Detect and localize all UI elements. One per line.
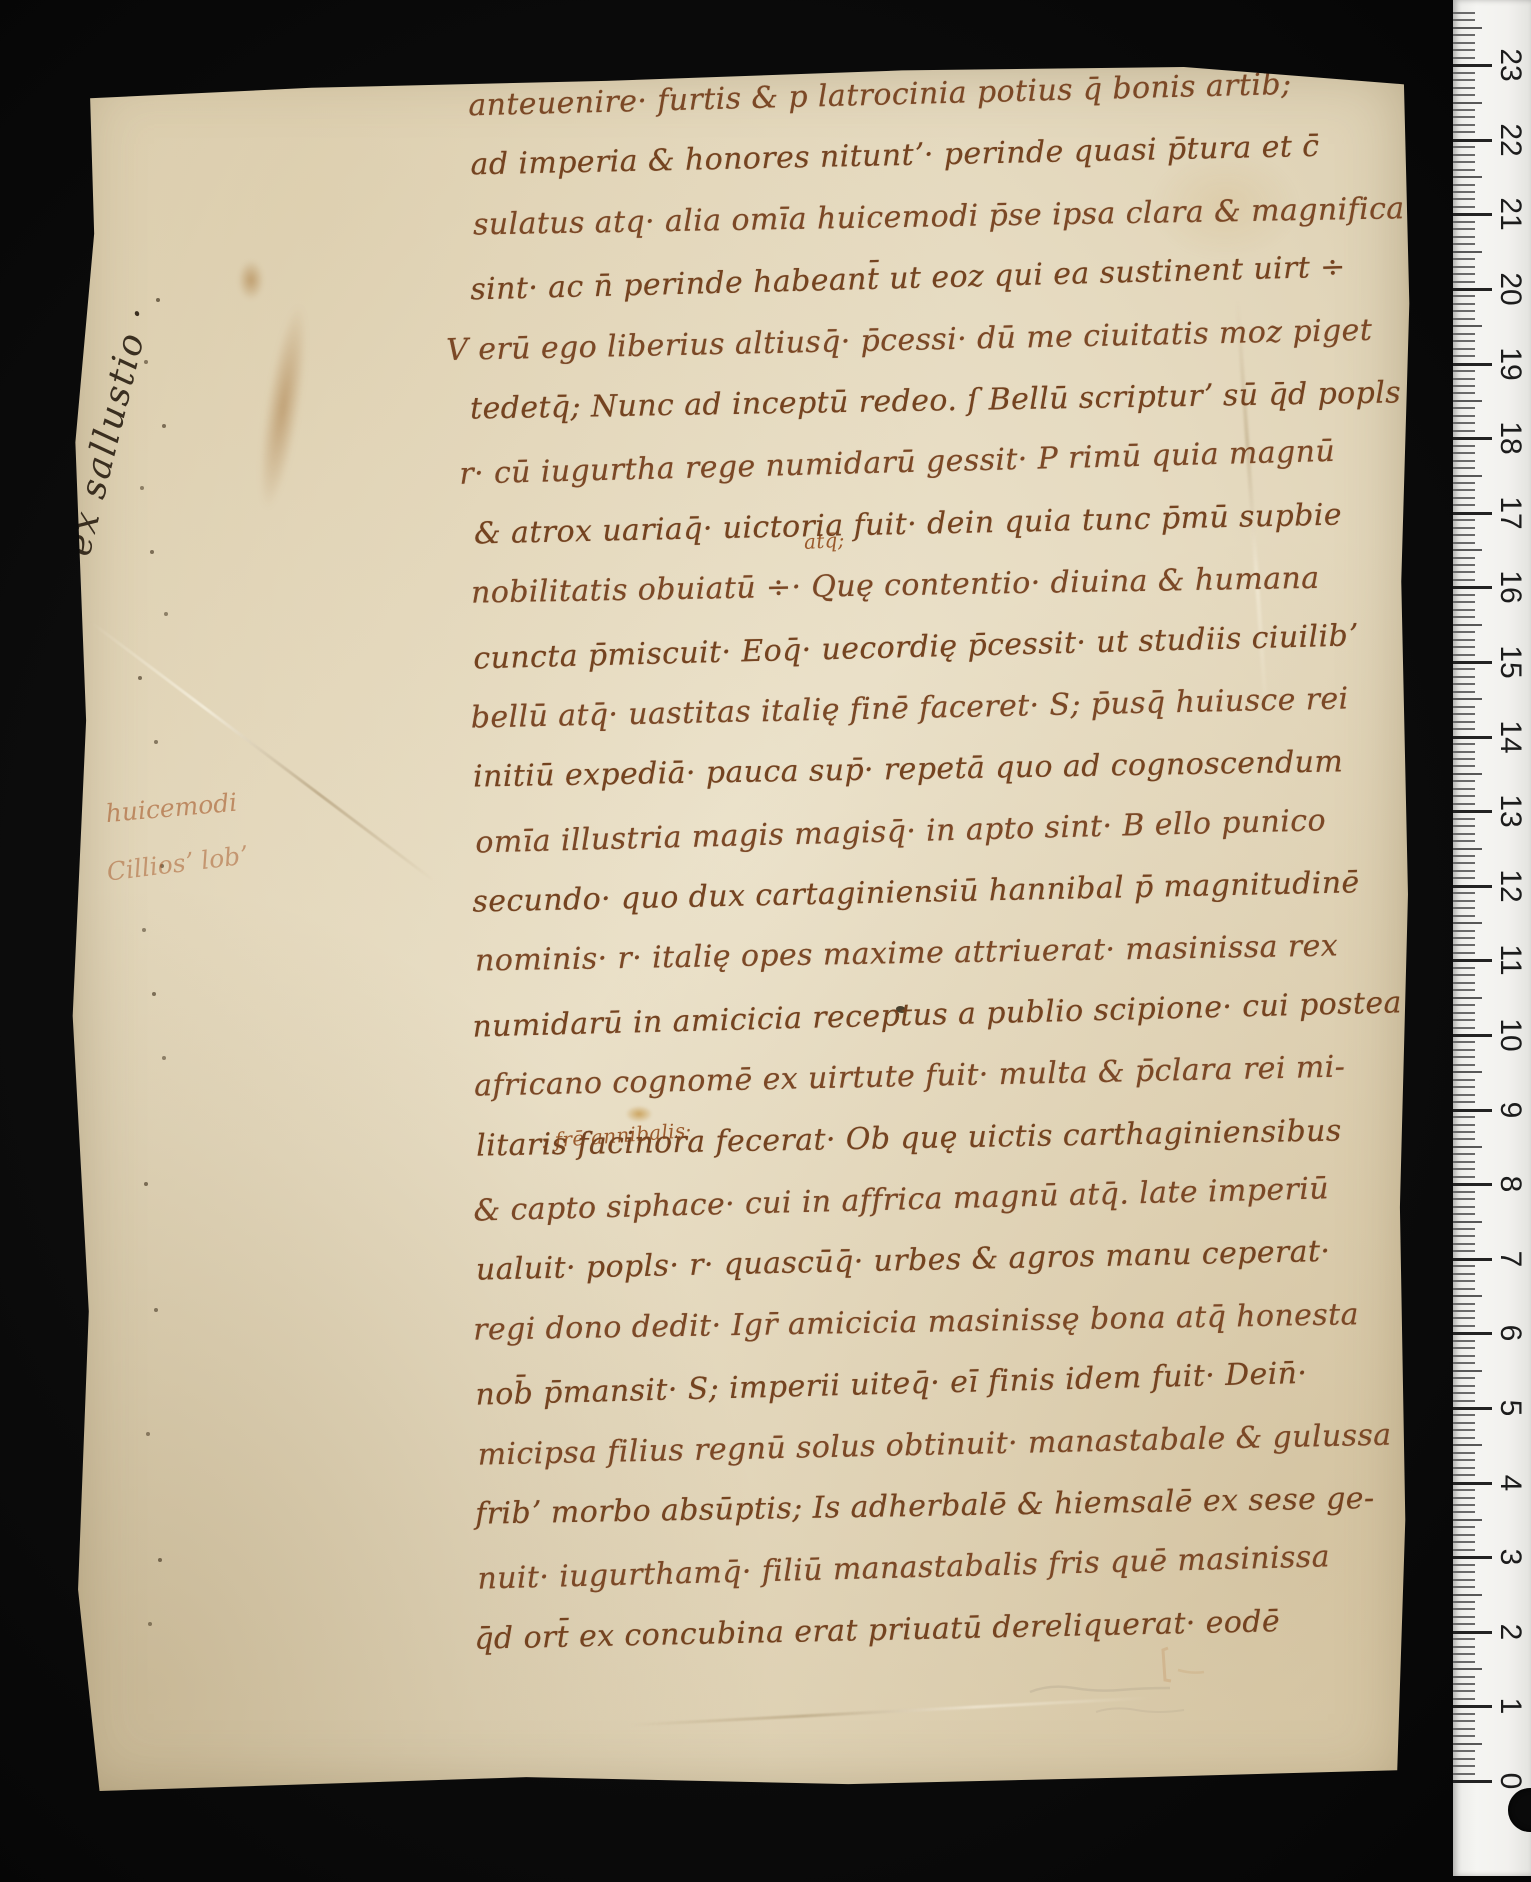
ruler-number: 14	[1493, 720, 1527, 754]
ruler-mm-tick	[1453, 601, 1475, 603]
ruler-number: 12	[1493, 869, 1527, 903]
ruler-mm-tick	[1453, 355, 1475, 357]
ruler-mm-tick	[1453, 751, 1475, 753]
ruler-number: 13	[1493, 794, 1527, 828]
ruler-mm-tick	[1453, 57, 1475, 59]
ruler-mm-tick	[1453, 519, 1475, 521]
ruler-mm-tick	[1453, 1198, 1475, 1200]
ruler-mm-tick	[1453, 1579, 1475, 1581]
ruler-mm-tick	[1453, 295, 1475, 297]
ruler-mm-tick	[1453, 862, 1475, 864]
ruler-mm-tick	[1453, 370, 1475, 372]
ruler-mm-tick	[1453, 228, 1475, 230]
ruler-mm-tick	[1453, 967, 1475, 969]
ruler-number: 1	[1493, 1689, 1527, 1723]
ruler-mm-tick	[1453, 169, 1475, 171]
ruler-mm-tick	[1453, 1676, 1475, 1678]
ruler-mm-tick	[1453, 616, 1475, 618]
ruler-mm-tick	[1453, 251, 1482, 253]
ruler-mm-tick	[1453, 728, 1475, 730]
ruler-mm-tick	[1453, 176, 1482, 178]
ruler-mm-tick	[1453, 564, 1475, 566]
ruler-mm-tick	[1453, 184, 1475, 186]
ruler-number: 6	[1493, 1316, 1527, 1350]
ruler-mm-tick	[1453, 1056, 1475, 1058]
ruler-mm-tick	[1453, 42, 1475, 44]
ruler-cm-tick	[1453, 1258, 1492, 1261]
ruler-number: 4	[1493, 1466, 1527, 1500]
ruler-mm-tick	[1453, 848, 1482, 850]
ruler-mm-tick	[1453, 1124, 1475, 1126]
ruler-mm-tick	[1453, 1206, 1475, 1208]
ruler-mm-tick	[1453, 780, 1475, 782]
ruler-mm-tick	[1453, 467, 1475, 469]
ruler-mm-tick	[1453, 1429, 1475, 1431]
ruler-mm-tick	[1453, 1265, 1475, 1267]
ruler-mm-tick	[1453, 1370, 1482, 1372]
ruler-cm-tick	[1453, 1332, 1492, 1335]
margin-attribution-note: ex sallustio ·	[58, 301, 160, 560]
ruler-mm-tick	[1453, 1064, 1475, 1066]
ruler-cm-tick	[1453, 1034, 1492, 1037]
ruler-number: 18	[1493, 421, 1527, 455]
ruler-mm-tick	[1453, 422, 1475, 424]
ruler-mm-tick	[1453, 482, 1475, 484]
ruler-mm-tick	[1453, 1690, 1475, 1692]
ruler-mm-tick	[1453, 497, 1475, 499]
ruler-mm-tick	[1453, 1131, 1475, 1133]
ruler-mm-tick	[1453, 1623, 1475, 1625]
ruler-mm-tick	[1453, 161, 1475, 163]
ruler-mm-tick	[1453, 1362, 1475, 1364]
ruler-mm-tick	[1453, 236, 1475, 238]
ruler-mm-tick	[1453, 974, 1475, 976]
ruler-mm-tick	[1453, 765, 1475, 767]
ruler-mm-tick	[1453, 1303, 1475, 1305]
ruler-mm-tick	[1453, 1377, 1475, 1379]
ruler-mm-tick	[1453, 542, 1475, 544]
ruler-number: 11	[1493, 943, 1527, 977]
ruler-number: 15	[1493, 645, 1527, 679]
ruler-mm-tick	[1453, 445, 1475, 447]
ruler-mm-tick	[1453, 1713, 1475, 1715]
main-text-block: atq̄; : frē annibalis· anteuenire· furti…	[398, 67, 1393, 1684]
ruler-mm-tick	[1453, 504, 1475, 506]
ruler-number: 17	[1493, 496, 1527, 530]
ruler-mm-tick	[1453, 1221, 1482, 1223]
ruler-mm-tick	[1453, 1235, 1475, 1237]
ruler-mm-tick	[1453, 1094, 1475, 1096]
ruler-mm-tick	[1453, 1317, 1475, 1319]
ruler-mm-tick	[1453, 1743, 1482, 1745]
ruler-cm-tick	[1453, 885, 1492, 888]
ruler-cm-tick	[1453, 736, 1492, 739]
ruler-cm-tick	[1453, 810, 1492, 813]
ruler-cm-tick	[1453, 213, 1492, 216]
ruler-mm-tick	[1453, 1646, 1475, 1648]
ruler-mm-tick	[1453, 102, 1482, 104]
ruler-mm-tick	[1453, 243, 1475, 245]
ruler-mm-tick	[1453, 1758, 1475, 1760]
ruler-mm-tick	[1453, 1146, 1482, 1148]
ruler-mm-tick	[1453, 79, 1475, 81]
ruler-mm-tick	[1453, 1168, 1475, 1170]
ruler-mm-tick	[1453, 877, 1475, 879]
ruler-cm-tick	[1453, 1556, 1492, 1559]
ruler-mm-tick	[1453, 683, 1475, 685]
ruler-mm-tick	[1453, 706, 1475, 708]
ruler-mm-tick	[1453, 1071, 1482, 1073]
ruler-mm-tick	[1453, 1638, 1475, 1640]
ruler-number: 22	[1493, 123, 1527, 157]
ruler-mm-tick	[1453, 534, 1475, 536]
ruler-mm-tick	[1453, 348, 1475, 350]
ruler-mm-tick	[1453, 1474, 1475, 1476]
ruler-mm-tick	[1453, 594, 1475, 596]
ruler-mm-tick	[1453, 1325, 1475, 1327]
ruler-number: 16	[1493, 570, 1527, 604]
ruler-mm-tick	[1453, 1698, 1475, 1700]
ruler-mm-tick	[1453, 1176, 1475, 1178]
ruler-mm-tick	[1453, 1422, 1475, 1424]
ruler-number: 9	[1493, 1093, 1527, 1127]
ruler-mm-tick	[1453, 549, 1482, 551]
ruler-mm-tick	[1453, 12, 1475, 14]
ruler-mm-tick	[1453, 825, 1475, 827]
ruler-mm-tick	[1453, 1138, 1475, 1140]
ruler-mm-tick	[1453, 1101, 1475, 1103]
ruler-mm-tick	[1453, 1414, 1475, 1416]
ruler-cm-tick	[1453, 363, 1492, 366]
ruler-mm-tick	[1453, 303, 1475, 305]
ruler-mm-tick	[1453, 743, 1475, 745]
ruler-cm-tick	[1453, 661, 1492, 664]
ruler-mm-tick	[1453, 221, 1475, 223]
ruler-mm-tick	[1453, 1601, 1475, 1603]
ruler-mm-tick	[1453, 1400, 1475, 1402]
ruler-mm-tick	[1453, 452, 1475, 454]
ruler-mm-tick	[1453, 1444, 1482, 1446]
ruler-number: 23	[1493, 48, 1527, 82]
ruler-mm-tick	[1453, 131, 1475, 133]
ruler-mm-tick	[1453, 1668, 1482, 1670]
ruler-mm-tick	[1453, 713, 1475, 715]
ruler-mm-tick	[1453, 1511, 1475, 1513]
ruler-mm-tick	[1453, 325, 1482, 327]
ruler-mm-tick	[1453, 676, 1475, 678]
ruler-mm-tick	[1453, 788, 1475, 790]
ruler-mm-tick	[1453, 668, 1475, 670]
ruler-mm-tick	[1453, 1385, 1475, 1387]
ruler-mm-tick	[1453, 392, 1475, 394]
ruler-mm-tick	[1453, 1228, 1475, 1230]
ruler-mm-tick	[1453, 1653, 1475, 1655]
ruler-cm-tick	[1453, 139, 1492, 142]
ruler-mm-tick	[1453, 654, 1475, 656]
ruler-number: 3	[1493, 1540, 1527, 1574]
ruler-mm-tick	[1453, 840, 1475, 842]
ruler-mm-tick	[1453, 191, 1475, 193]
ruler-mm-tick	[1453, 1661, 1475, 1663]
ruler-mm-tick	[1453, 407, 1475, 409]
ruler-mm-tick	[1453, 49, 1475, 51]
ruler-mm-tick	[1453, 1437, 1475, 1439]
ruler-number: 10	[1493, 1018, 1527, 1052]
ruler-mm-tick	[1453, 94, 1475, 96]
ruler-mm-tick	[1453, 385, 1475, 387]
faint-erased-annotation	[1000, 1640, 1240, 1730]
ruler-mm-tick	[1453, 109, 1475, 111]
ruler-cm-tick	[1453, 1631, 1492, 1634]
ruler-mm-tick	[1453, 460, 1475, 462]
ruler-cm-tick	[1453, 1183, 1492, 1186]
ruler-mm-tick	[1453, 1594, 1482, 1596]
ruler-mm-tick	[1453, 1586, 1475, 1588]
ruler-mm-tick	[1453, 721, 1475, 723]
ruler-mm-tick	[1453, 527, 1475, 529]
ruler-mm-tick	[1453, 1280, 1475, 1282]
ruler-mm-tick	[1453, 1497, 1475, 1499]
ruler-mm-tick	[1453, 1288, 1475, 1290]
ruler-mm-tick	[1453, 639, 1475, 641]
ruler-mm-tick	[1453, 1459, 1475, 1461]
ruler-mm-tick	[1453, 1735, 1475, 1737]
ruler-mm-tick	[1453, 646, 1475, 648]
ruler-mm-tick	[1453, 557, 1475, 559]
ruler-mm-tick	[1453, 1534, 1475, 1536]
ruler-mm-tick	[1453, 1765, 1475, 1767]
ruler-mm-tick	[1453, 116, 1475, 118]
ruler-mm-tick	[1453, 266, 1475, 268]
ruler-mm-tick	[1453, 475, 1482, 477]
ruler-mm-tick	[1453, 1019, 1475, 1021]
ruler-number: 5	[1493, 1391, 1527, 1425]
ruler-mm-tick	[1453, 333, 1475, 335]
ruler-cm-tick	[1453, 1109, 1492, 1112]
ruler-mm-tick	[1453, 609, 1475, 611]
photo-stage: ex sallustio · huicemodi Cilliosʼ lobʼ a…	[0, 0, 1531, 1882]
ruler-mm-tick	[1453, 1004, 1475, 1006]
ruler-number: 21	[1493, 197, 1527, 231]
ruler-mm-tick	[1453, 1564, 1475, 1566]
ruler-cm-tick	[1453, 586, 1492, 589]
ruler-mm-tick	[1453, 818, 1475, 820]
ruler-mm-tick	[1453, 907, 1475, 909]
ruler-number: 20	[1493, 272, 1527, 306]
ruler-mm-tick	[1453, 795, 1475, 797]
ruler-mm-tick	[1453, 803, 1475, 805]
ruler-mm-tick	[1453, 982, 1475, 984]
ruler-mm-tick	[1453, 489, 1475, 491]
ruler-mm-tick	[1453, 1608, 1475, 1610]
ruler-mm-tick	[1453, 1041, 1475, 1043]
ruler-mm-tick	[1453, 340, 1475, 342]
ruler: 01234567891011121314151617181920212223	[1453, 0, 1531, 1876]
ruler-cm-tick	[1453, 288, 1492, 291]
ruler-mm-tick	[1453, 154, 1475, 156]
ruler-mm-tick	[1453, 571, 1475, 573]
ruler-mm-tick	[1453, 72, 1475, 74]
ruler-mm-tick	[1453, 1452, 1475, 1454]
ruler-cm-tick	[1453, 1780, 1492, 1783]
ruler-mm-tick	[1453, 691, 1475, 693]
ruler-mm-tick	[1453, 930, 1475, 932]
ruler-mm-tick	[1453, 1467, 1475, 1469]
ruler-mm-tick	[1453, 1392, 1475, 1394]
ruler-number: 8	[1493, 1167, 1527, 1201]
ruler-mm-tick	[1453, 855, 1475, 857]
ruler-mm-tick	[1453, 1541, 1475, 1543]
ruler-mm-tick	[1453, 310, 1475, 312]
ruler-cm-tick	[1453, 512, 1492, 515]
ruler-cm-tick	[1453, 1482, 1492, 1485]
ruler-cm-tick	[1453, 1407, 1492, 1410]
ruler-mm-tick	[1453, 415, 1475, 417]
ruler-mm-tick	[1453, 773, 1482, 775]
ruler-cm-tick	[1453, 64, 1492, 67]
ruler-mm-tick	[1453, 892, 1475, 894]
ruler-mm-tick	[1453, 1116, 1475, 1118]
ruler-mm-tick	[1453, 1243, 1475, 1245]
ruler-mm-tick	[1453, 758, 1475, 760]
ruler-mm-tick	[1453, 997, 1482, 999]
ruler-mm-tick	[1453, 1340, 1475, 1342]
ruler-mm-tick	[1453, 1012, 1475, 1014]
ruler-mm-tick	[1453, 952, 1475, 954]
ruler-mm-tick	[1453, 870, 1475, 872]
ruler-mm-tick	[1453, 1086, 1475, 1088]
ruler-mm-tick	[1453, 1347, 1475, 1349]
ruler-mm-tick	[1453, 430, 1475, 432]
ruler-mm-tick	[1453, 900, 1475, 902]
ruler-mm-tick	[1453, 1549, 1475, 1551]
ruler-mm-tick	[1453, 1027, 1475, 1029]
ruler-mm-tick	[1453, 378, 1475, 380]
ruler-mm-tick	[1453, 1728, 1475, 1730]
ruler-mm-tick	[1453, 281, 1475, 283]
margin-faded-note: huicemodi Cilliosʼ lobʼ	[103, 774, 250, 898]
ruler-mm-tick	[1453, 1616, 1475, 1618]
ruler-mm-tick	[1453, 124, 1475, 126]
ruler-number: 19	[1493, 347, 1527, 381]
ruler-mm-tick	[1453, 624, 1482, 626]
manuscript-page: ex sallustio · huicemodi Cilliosʼ lobʼ a…	[70, 60, 1412, 1798]
ruler-mm-tick	[1453, 258, 1475, 260]
ruler-mm-tick	[1453, 1273, 1475, 1275]
ruler-cm-tick	[1453, 1705, 1492, 1708]
ruler-number: 2	[1493, 1615, 1527, 1649]
ruler-mm-tick	[1453, 937, 1475, 939]
ruler-mm-tick	[1453, 579, 1475, 581]
ruler-mm-tick	[1453, 1049, 1475, 1051]
ruler-cm-tick	[1453, 959, 1492, 962]
ruler-mm-tick	[1453, 1191, 1475, 1193]
ink-stain	[238, 260, 264, 300]
ruler-mm-tick	[1453, 1079, 1475, 1081]
ruler-mm-tick	[1453, 198, 1475, 200]
ruler-mm-tick	[1453, 400, 1482, 402]
ruler-mm-tick	[1453, 27, 1482, 29]
ruler-mm-tick	[1453, 1489, 1475, 1491]
ruler-mm-tick	[1453, 1683, 1475, 1685]
ruler-mm-tick	[1453, 318, 1475, 320]
ruler-mm-tick	[1453, 87, 1475, 89]
ruler-mm-tick	[1453, 34, 1475, 36]
ruler-mm-tick	[1453, 989, 1475, 991]
ruler-mm-tick	[1453, 698, 1482, 700]
ruler-mm-tick	[1453, 915, 1475, 917]
ruler-mm-tick	[1453, 1161, 1475, 1163]
ruler-mm-tick	[1453, 631, 1475, 633]
ruler-mm-tick	[1453, 1295, 1482, 1297]
ruler-mm-tick	[1453, 1773, 1475, 1775]
ruler-mm-tick	[1453, 833, 1475, 835]
ruler-mm-tick	[1453, 1504, 1475, 1506]
ruler-mm-tick	[1453, 1571, 1475, 1573]
ruler-mm-tick	[1453, 922, 1482, 924]
ink-stain	[250, 301, 316, 514]
ruler-mm-tick	[1453, 1153, 1475, 1155]
ruler-mm-tick	[1453, 273, 1475, 275]
ruler-mm-tick	[1453, 19, 1475, 21]
ruler-mm-tick	[1453, 1213, 1475, 1215]
ruler-mm-tick	[1453, 944, 1475, 946]
ruler-mm-tick	[1453, 1519, 1482, 1521]
ruler-mm-tick	[1453, 1310, 1475, 1312]
ruler-mm-tick	[1453, 1720, 1475, 1722]
pricking-holes	[156, 298, 160, 302]
ruler-mm-tick	[1453, 1526, 1475, 1528]
ruler-mm-tick	[1453, 146, 1475, 148]
ruler-mm-tick	[1453, 206, 1475, 208]
ruler-mm-tick	[1453, 1750, 1475, 1752]
ruler-mm-tick	[1453, 1355, 1475, 1357]
ruler-cm-tick	[1453, 437, 1492, 440]
ruler-number: 7	[1493, 1242, 1527, 1276]
ruler-mm-tick	[1453, 1250, 1475, 1252]
